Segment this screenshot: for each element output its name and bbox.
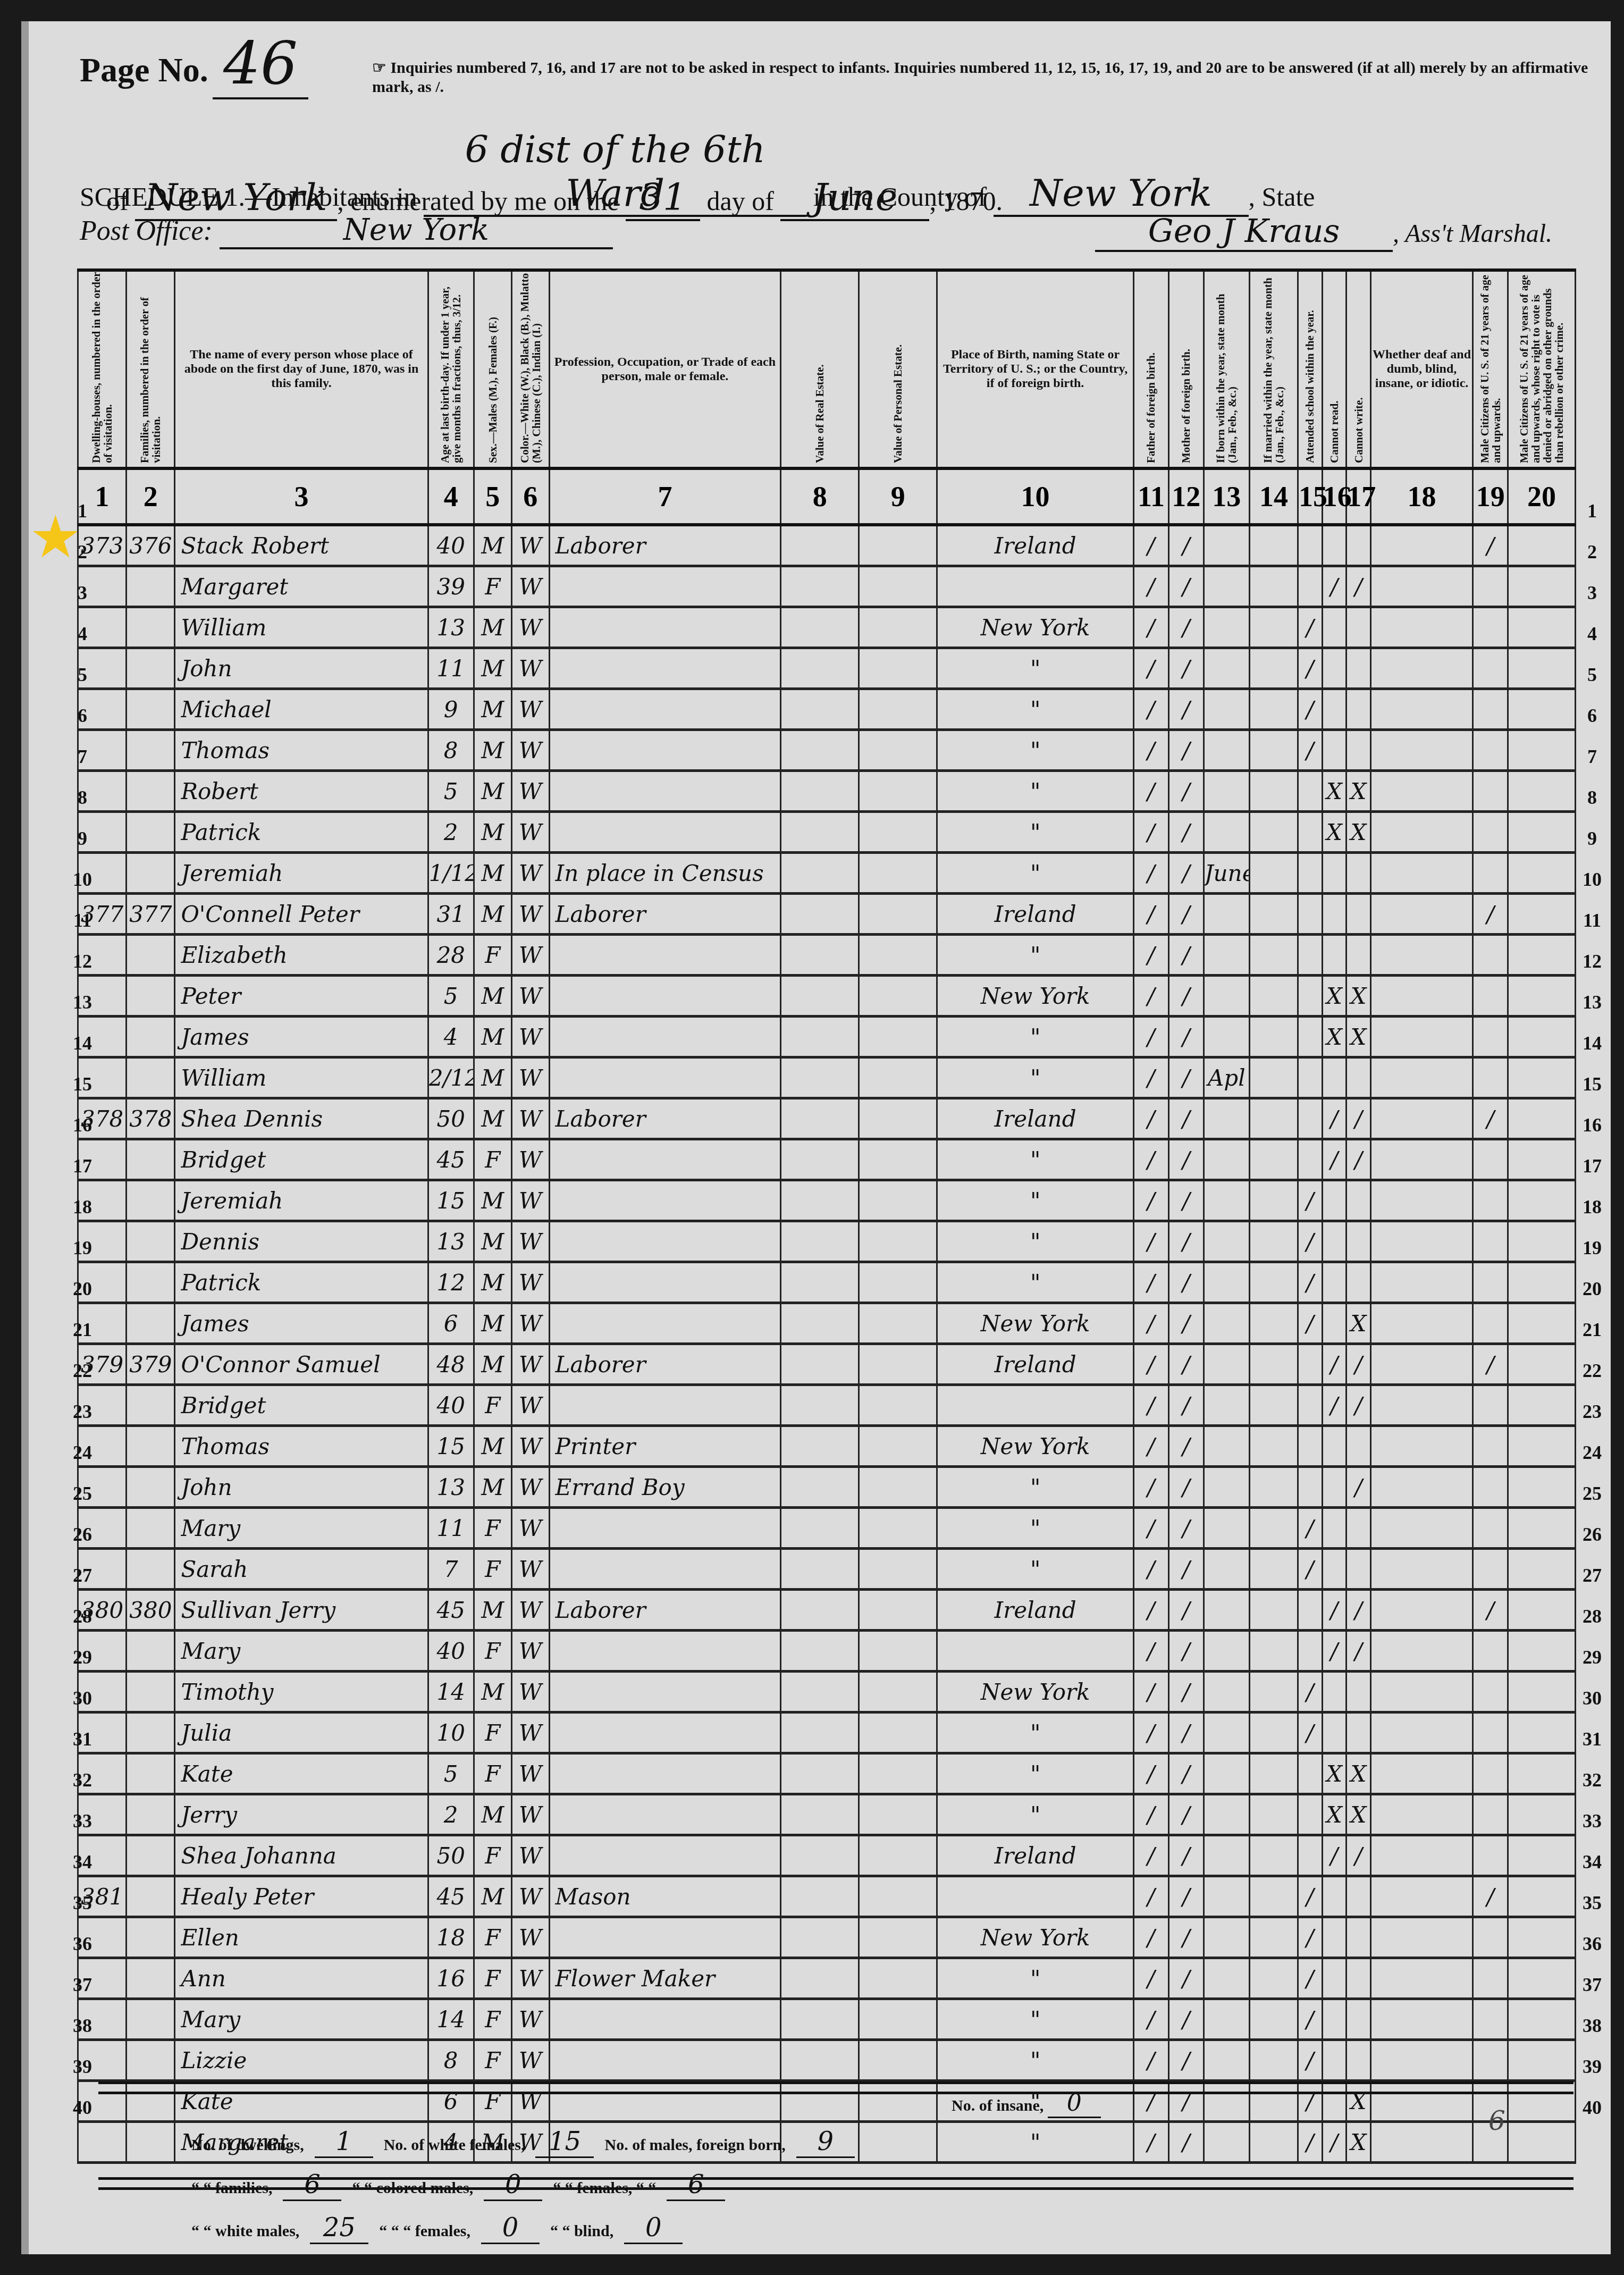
birthplace: New York [937, 607, 1134, 648]
male-citizen [1473, 1017, 1508, 1057]
cannot-read [1322, 1221, 1347, 1262]
mother-foreign: / [1168, 1508, 1204, 1549]
cannot-write: X [1347, 976, 1371, 1017]
age: 7 [428, 1549, 474, 1590]
mother-foreign: / [1168, 1467, 1204, 1508]
personal-estate-value [859, 812, 937, 853]
cannot-read: X [1322, 976, 1347, 1017]
color: W [511, 689, 549, 730]
real-estate-value [781, 1958, 859, 1999]
occupation [549, 689, 781, 730]
birth-month [1204, 1385, 1249, 1426]
cannot-read: / [1322, 1139, 1347, 1180]
marriage-month [1249, 853, 1298, 894]
attended-school [1298, 812, 1323, 853]
disability [1370, 976, 1473, 1017]
mother-foreign: / [1168, 1344, 1204, 1385]
person-name: Peter [175, 976, 428, 1017]
insane-count: 0 [1048, 2089, 1101, 2118]
father-foreign: / [1134, 771, 1169, 812]
cannot-write [1347, 525, 1371, 566]
cannot-write [1347, 853, 1371, 894]
birth-month [1204, 566, 1249, 607]
father-foreign: / [1134, 1958, 1169, 1999]
cannot-write: X [1347, 1794, 1371, 1835]
row-number-left: 8 [66, 786, 98, 809]
birthplace: " [937, 771, 1134, 812]
personal-estate-value [859, 771, 937, 812]
occupation [549, 1835, 781, 1876]
vote-denied [1508, 1057, 1576, 1098]
real-estate-value [781, 812, 859, 853]
person-name: Patrick [175, 812, 428, 853]
real-estate-value [781, 894, 859, 935]
father-foreign: / [1134, 1426, 1169, 1467]
father-foreign: / [1134, 566, 1169, 607]
father-foreign: / [1134, 894, 1169, 935]
marriage-month [1249, 1057, 1298, 1098]
disability [1370, 1753, 1473, 1794]
disability [1370, 607, 1473, 648]
row-number-right: 37 [1576, 1974, 1608, 1996]
personal-estate-value [859, 1508, 937, 1549]
birthplace: " [937, 812, 1134, 853]
disability [1370, 894, 1473, 935]
attended-school: / [1298, 689, 1323, 730]
sex: M [474, 1467, 511, 1508]
column-number: 16 [1322, 468, 1347, 525]
mother-foreign: / [1168, 1712, 1204, 1753]
person-name: James [175, 1017, 428, 1057]
occupation [549, 566, 781, 607]
male-citizen [1473, 1426, 1508, 1467]
occupation: Flower Maker [549, 1958, 781, 1999]
personal-estate-value [859, 894, 937, 935]
occupation: In place in Census [549, 853, 781, 894]
real-estate-value [781, 1917, 859, 1958]
sex: M [474, 1876, 511, 1917]
birth-month [1204, 689, 1249, 730]
vote-denied [1508, 1999, 1576, 2040]
marriage-month [1249, 771, 1298, 812]
cannot-write: / [1347, 1139, 1371, 1180]
vote-denied [1508, 648, 1576, 689]
sex: M [474, 607, 511, 648]
occupation [549, 2040, 781, 2081]
birthplace: " [937, 2122, 1134, 2163]
personal-estate-value [859, 976, 937, 1017]
personal-estate-value [859, 1999, 937, 2040]
father-foreign: / [1134, 976, 1169, 1017]
row-number-right: 31 [1576, 1728, 1608, 1750]
real-estate-value [781, 1017, 859, 1057]
row-number-left: 27 [66, 1564, 98, 1586]
attended-school [1298, 976, 1323, 1017]
cannot-write: / [1347, 1590, 1371, 1631]
vote-denied [1508, 2040, 1576, 2081]
family-number [127, 730, 175, 771]
vote-denied [1508, 1467, 1576, 1508]
row-number-right: 40 [1576, 2096, 1608, 2119]
cannot-write: X [1347, 2122, 1371, 2163]
mother-foreign: / [1168, 1917, 1204, 1958]
attended-school [1298, 1017, 1323, 1057]
row-number-right: 35 [1576, 1892, 1608, 1914]
table-row: Robert5MW"//XX [78, 771, 1576, 812]
person-name: O'Connell Peter [175, 894, 428, 935]
disability [1370, 812, 1473, 853]
column-number: 9 [859, 468, 937, 525]
table-row: Julia10FW"/// [78, 1712, 1576, 1753]
cannot-write [1347, 894, 1371, 935]
birth-month [1204, 771, 1249, 812]
cannot-write [1347, 1549, 1371, 1590]
row-number-left: 37 [66, 1974, 98, 1996]
row-number-left: 24 [66, 1441, 98, 1464]
row-number-left: 22 [66, 1359, 98, 1382]
mother-foreign: / [1168, 648, 1204, 689]
marshal-signature: Geo J Kraus [1095, 213, 1393, 252]
sex: M [474, 976, 511, 1017]
mother-foreign: / [1168, 1753, 1204, 1794]
table-row: Peter5MWNew York//XX [78, 976, 1576, 1017]
insane-line: No. of insane, 0 [952, 2089, 1101, 2118]
personal-estate-value [859, 1712, 937, 1753]
row-number-left: 35 [66, 1892, 98, 1914]
family-number [127, 771, 175, 812]
row-number-left: 10 [66, 868, 98, 891]
disability [1370, 1794, 1473, 1835]
father-foreign: / [1134, 1753, 1169, 1794]
vote-denied [1508, 1426, 1576, 1467]
age: 8 [428, 2040, 474, 2081]
attended-school [1298, 1753, 1323, 1794]
table-row: Lizzie8FW"/// [78, 2040, 1576, 2081]
table-row: Shea Johanna50FWIreland//// [78, 1835, 1576, 1876]
row-number-right: 12 [1576, 950, 1608, 972]
sex: F [474, 1753, 511, 1794]
birthplace: New York [937, 1917, 1134, 1958]
occupation [549, 1549, 781, 1590]
family-number [127, 1876, 175, 1917]
table-bottom-rule [98, 2081, 1573, 2094]
sex: M [474, 1098, 511, 1139]
birthplace: " [937, 1712, 1134, 1753]
table-row: James4MW"//XX [78, 1017, 1576, 1057]
sex: F [474, 1631, 511, 1672]
column-number: 6 [511, 468, 549, 525]
real-estate-value [781, 566, 859, 607]
column-number: 5 [474, 468, 511, 525]
family-number [127, 2040, 175, 2081]
cannot-read: / [1322, 1631, 1347, 1672]
table-row: Patrick12MW"/// [78, 1262, 1576, 1303]
cannot-write [1347, 1221, 1371, 1262]
row-number-right: 24 [1576, 1441, 1608, 1464]
color: W [511, 1835, 549, 1876]
col-header-17: Cannot write. [1347, 270, 1371, 468]
cannot-read: / [1322, 566, 1347, 607]
vote-denied [1508, 1508, 1576, 1549]
vote-denied [1508, 1590, 1576, 1631]
table-row: Ann16FWFlower Maker"/// [78, 1958, 1576, 1999]
birth-month [1204, 648, 1249, 689]
attended-school: / [1298, 1221, 1323, 1262]
age: 5 [428, 976, 474, 1017]
vote-denied [1508, 1180, 1576, 1221]
census-table: Dwelling-houses, numbered in the order o… [77, 268, 1576, 2164]
male-citizen [1473, 1262, 1508, 1303]
row-number-right: 27 [1576, 1564, 1608, 1586]
personal-estate-value [859, 1426, 937, 1467]
state-label: , State [1249, 182, 1315, 212]
vote-denied [1508, 853, 1576, 894]
row-number-right: 4 [1576, 623, 1608, 645]
male-citizen [1473, 566, 1508, 607]
father-foreign: / [1134, 935, 1169, 976]
occupation [549, 1057, 781, 1098]
father-foreign: / [1134, 1057, 1169, 1098]
marriage-month [1249, 1835, 1298, 1876]
birth-month [1204, 1344, 1249, 1385]
vote-denied [1508, 812, 1576, 853]
disability [1370, 1672, 1473, 1712]
person-name: Patrick [175, 1262, 428, 1303]
birth-month [1204, 1917, 1249, 1958]
table-row: 380380Sullivan Jerry45MWLaborerIreland//… [78, 1590, 1576, 1631]
occupation: Laborer [549, 1098, 781, 1139]
personal-estate-value [859, 1958, 937, 1999]
person-name: Robert [175, 771, 428, 812]
occupation: Laborer [549, 1344, 781, 1385]
month-field: June [780, 175, 929, 221]
mother-foreign: / [1168, 1958, 1204, 1999]
family-number: 376 [127, 525, 175, 566]
real-estate-value [781, 1139, 859, 1180]
cannot-read [1322, 2040, 1347, 2081]
age: 5 [428, 771, 474, 812]
disability [1370, 1057, 1473, 1098]
column-number: 20 [1508, 468, 1576, 525]
cannot-write: / [1347, 1385, 1371, 1426]
male-citizen [1473, 771, 1508, 812]
family-number [127, 1917, 175, 1958]
cannot-read: X [1322, 1017, 1347, 1057]
sex: M [474, 730, 511, 771]
sex: M [474, 1590, 511, 1631]
vote-denied [1508, 1385, 1576, 1426]
cannot-read [1322, 1876, 1347, 1917]
birthplace: New York [937, 1303, 1134, 1344]
vote-denied [1508, 1262, 1576, 1303]
person-name: Dennis [175, 1221, 428, 1262]
male-citizen: / [1473, 894, 1508, 935]
row-number-left: 26 [66, 1523, 98, 1546]
row-number-right: 15 [1576, 1073, 1608, 1095]
occupation [549, 935, 781, 976]
family-number [127, 566, 175, 607]
cannot-read [1322, 648, 1347, 689]
cannot-write: / [1347, 1344, 1371, 1385]
color: W [511, 1876, 549, 1917]
personal-estate-value [859, 730, 937, 771]
row-number-right: 17 [1576, 1155, 1608, 1177]
cannot-write: X [1347, 771, 1371, 812]
birth-month [1204, 607, 1249, 648]
vote-denied [1508, 1712, 1576, 1753]
personal-estate-value [859, 1385, 937, 1426]
row-number-right: 28 [1576, 1605, 1608, 1627]
cannot-read: X [1322, 771, 1347, 812]
row-number-left: 2 [66, 541, 98, 563]
col-header-19: Male Citizens of U. S. of 21 years of ag… [1473, 270, 1508, 468]
disability [1370, 935, 1473, 976]
age: 50 [428, 1098, 474, 1139]
marriage-month [1249, 2040, 1298, 2081]
birth-month: Apl [1204, 1057, 1249, 1098]
marriage-month [1249, 1672, 1298, 1712]
post-office-field: New York [220, 213, 613, 249]
cannot-write [1347, 2040, 1371, 2081]
attended-school: / [1298, 607, 1323, 648]
table-row: Bridget45FW"//// [78, 1139, 1576, 1180]
personal-estate-value [859, 1180, 937, 1221]
male-citizen [1473, 935, 1508, 976]
mother-foreign: / [1168, 1098, 1204, 1139]
column-number: 11 [1134, 468, 1169, 525]
row-number-left: 7 [66, 745, 98, 768]
vote-denied [1508, 976, 1576, 1017]
table-row: William2/12MW"//Apl [78, 1057, 1576, 1098]
father-foreign: / [1134, 1835, 1169, 1876]
birth-month [1204, 730, 1249, 771]
male-citizen [1473, 1835, 1508, 1876]
birth-month [1204, 1999, 1249, 2040]
birth-month [1204, 2040, 1249, 2081]
row-number-right: 3 [1576, 582, 1608, 604]
family-number [127, 853, 175, 894]
cannot-write [1347, 1999, 1371, 2040]
vote-denied [1508, 1549, 1576, 1590]
birth-month [1204, 1180, 1249, 1221]
col-header-20: Male Citizens of U. S. of 21 years of ag… [1508, 270, 1576, 468]
disability [1370, 1835, 1473, 1876]
sex: M [474, 1057, 511, 1098]
sex: F [474, 935, 511, 976]
birthplace: Ireland [937, 1835, 1134, 1876]
birthplace: Ireland [937, 1590, 1134, 1631]
attended-school: / [1298, 1999, 1323, 2040]
male-citizen [1473, 1221, 1508, 1262]
family-number [127, 1262, 175, 1303]
col-header-8: Value of Real Estate. [781, 270, 859, 468]
real-estate-value [781, 1426, 859, 1467]
person-name: Kate [175, 1753, 428, 1794]
attended-school: / [1298, 1303, 1323, 1344]
cannot-read [1322, 1712, 1347, 1753]
personal-estate-value [859, 1835, 937, 1876]
family-number [127, 1426, 175, 1467]
birthplace: " [937, 2040, 1134, 2081]
birth-month: June [1204, 853, 1249, 894]
occupation [549, 1221, 781, 1262]
birthplace: Ireland [937, 1098, 1134, 1139]
occupation [549, 1262, 781, 1303]
row-number-left: 9 [66, 827, 98, 850]
col-header-13: If born within the year, state month (Ja… [1204, 270, 1249, 468]
vote-denied [1508, 1303, 1576, 1344]
color: W [511, 1262, 549, 1303]
row-number-left: 19 [66, 1237, 98, 1259]
person-name: William [175, 1057, 428, 1098]
attended-school: / [1298, 1917, 1323, 1958]
marriage-month [1249, 1958, 1298, 1999]
row-number-left: 21 [66, 1319, 98, 1341]
row-number-left: 5 [66, 664, 98, 686]
person-name: Ann [175, 1958, 428, 1999]
age: 39 [428, 566, 474, 607]
row-number-right: 22 [1576, 1359, 1608, 1382]
marriage-month [1249, 648, 1298, 689]
color: W [511, 1344, 549, 1385]
male-citizen [1473, 1753, 1508, 1794]
personal-estate-value [859, 1753, 937, 1794]
birthplace: Ireland [937, 894, 1134, 935]
personal-estate-value [859, 1139, 937, 1180]
real-estate-value [781, 2040, 859, 2081]
disability [1370, 1262, 1473, 1303]
column-number: 13 [1204, 468, 1249, 525]
birth-month [1204, 894, 1249, 935]
attended-school: / [1298, 2040, 1323, 2081]
person-name: Mary [175, 1999, 428, 2040]
personal-estate-value [859, 1017, 937, 1057]
family-number [127, 1057, 175, 1098]
personal-estate-value [859, 1057, 937, 1098]
col-header-16: Cannot read. [1322, 270, 1347, 468]
person-name: Thomas [175, 730, 428, 771]
real-estate-value [781, 1098, 859, 1139]
attended-school [1298, 894, 1323, 935]
birthplace: New York [937, 1426, 1134, 1467]
male-citizen [1473, 1794, 1508, 1835]
cannot-read: X [1322, 1794, 1347, 1835]
birth-month [1204, 2122, 1249, 2163]
occupation: Errand Boy [549, 1467, 781, 1508]
color: W [511, 1221, 549, 1262]
birthplace [937, 1876, 1134, 1917]
cannot-write: X [1347, 1017, 1371, 1057]
mother-foreign: / [1168, 730, 1204, 771]
col-header-7: Profession, Occupation, or Trade of each… [549, 270, 781, 468]
row-number-right: 8 [1576, 786, 1608, 809]
row-number-left: 3 [66, 582, 98, 604]
birth-month [1204, 935, 1249, 976]
attended-school [1298, 525, 1323, 566]
mother-foreign: / [1168, 894, 1204, 935]
person-name: Stack Robert [175, 525, 428, 566]
disability [1370, 1876, 1473, 1917]
mother-foreign: / [1168, 1672, 1204, 1712]
birthplace: " [937, 1753, 1134, 1794]
color: W [511, 1303, 549, 1344]
sex: F [474, 1508, 511, 1549]
family-number [127, 1180, 175, 1221]
birthplace: " [937, 730, 1134, 771]
row-number-right: 32 [1576, 1769, 1608, 1791]
real-estate-value [781, 771, 859, 812]
attended-school [1298, 853, 1323, 894]
